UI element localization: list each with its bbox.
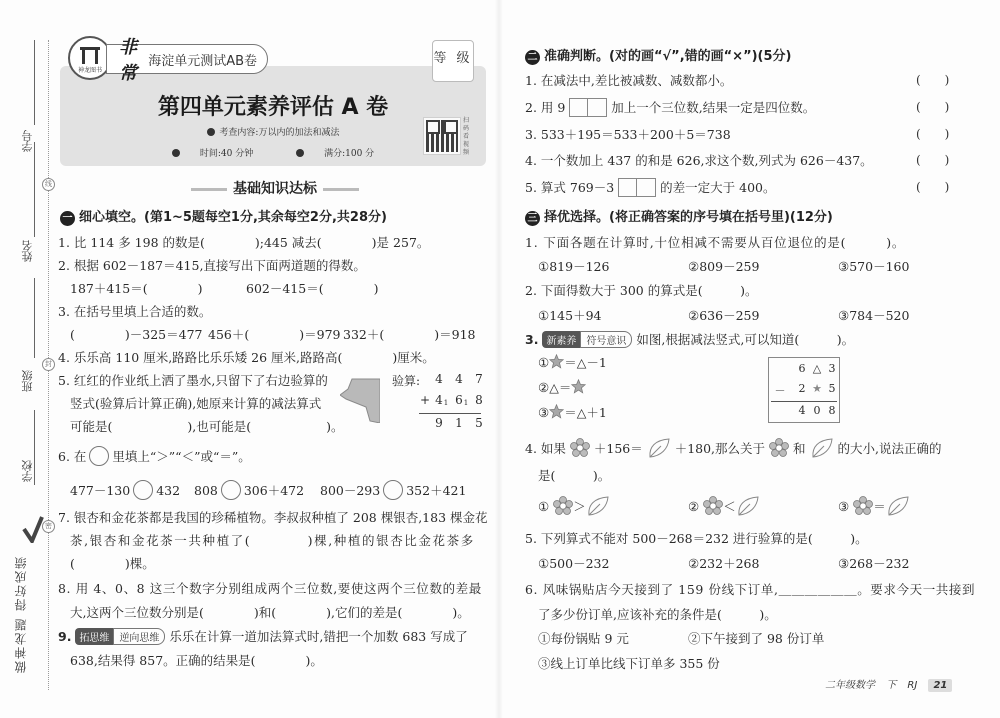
p1-q5-line3: 可能是( ),也可能是( )。 <box>70 417 343 435</box>
vertical-subtraction: 6 △ 3 － 2 ★ 5 4 0 8 <box>768 357 840 423</box>
judge-answer-4[interactable]: ( ) <box>916 151 949 168</box>
name-field[interactable] <box>34 142 35 237</box>
tag-symbol-sense: 符号意识 <box>580 331 632 348</box>
check-circle-icon <box>296 149 304 157</box>
volume: 下 <box>886 680 896 691</box>
p3-q1-opt3: ③570－160 <box>838 257 909 275</box>
p1-q9-line2: 638,结果得 857。正确的结果是( )。 <box>70 651 323 669</box>
p1-q6-item2: 808306＋472 <box>194 480 304 500</box>
p1-q2a: 187＋415＝( ) <box>70 279 202 297</box>
star-icon <box>549 354 564 369</box>
binding-strip: 学号 线 姓名 封 班级 学校 密 做神龙题 得好成绩 <box>0 30 55 700</box>
class-label: 班级 <box>20 370 36 392</box>
tag-new-literacy: 新素养 <box>542 331 580 348</box>
p3-q3-opt3: ③＝△＋1 <box>538 403 607 421</box>
series-name: 海淀单元测试AB卷 <box>148 50 257 69</box>
full-score: 满分:100 分 <box>286 149 384 159</box>
search-icon <box>207 128 215 136</box>
p3-q3: 3. 新素养符号意识 如图,根据减法竖式,可以知道( )。 <box>525 330 854 348</box>
flower-icon <box>570 438 590 458</box>
condition-blank[interactable]: ＿＿＿＿＿＿ <box>779 582 858 597</box>
seal-feng: 封 <box>42 358 55 371</box>
digit-box <box>588 98 607 117</box>
p3-q2-opt1: ①145＋94 <box>538 306 601 324</box>
p1-q7-line3: ( )棵。 <box>70 554 155 572</box>
ink-blot <box>340 377 380 423</box>
brand-script: 非常 <box>119 33 142 85</box>
grade-box[interactable]: 等 级 <box>432 40 474 82</box>
p3-q2: 2. 下面得数大于 300 的算式是( )。 <box>525 281 757 299</box>
time-limit: 时间:40 分钟 <box>162 149 263 159</box>
series-pill: 非常 海淀单元测试AB卷 <box>106 44 268 74</box>
verification-calc: 验算: 4 4 7 + 4 1 6 1 8 9 1 5 <box>392 372 484 437</box>
p3-q6-line1: 6. 风味锅贴店今天接到了 159 份线下订单,＿＿＿＿＿＿。要求今天一共接到 <box>525 580 975 598</box>
name-field-ext[interactable] <box>34 278 35 358</box>
leaf-icon <box>810 437 834 459</box>
part1-heading: 一细心填空。(第1~5题每空1分,其余每空2分,共28分) <box>60 206 387 226</box>
compare-answer-circle[interactable] <box>383 480 403 500</box>
p1-q6-item3: 800－293352＋421 <box>320 480 466 500</box>
worksheet-page: 学号 线 姓名 封 班级 学校 密 做神龙题 得好成绩 神龙图书 非常 海淀单元… <box>0 0 1000 718</box>
p1-q5-line2: 竖式(验算后计算正确),她原来计算的减法算式 <box>70 394 321 412</box>
judge-answer-2[interactable]: ( ) <box>916 98 949 115</box>
p1-q5-line1: 5. 红红的作业纸上洒了墨水,只留下了右边验算的 <box>58 371 328 389</box>
p3-q4-opt1: ① ＞ <box>538 495 610 517</box>
judge-answer-1[interactable]: ( ) <box>916 71 949 88</box>
p3-q5-opt2: ②232＋268 <box>688 554 759 572</box>
exam-scope: 考查内容:万以内的加法和减法 <box>60 125 486 138</box>
p3-q3-opt2: ②△＝ <box>538 378 586 396</box>
digit-box <box>618 178 637 197</box>
p1-q3a: ( )－325＝477 <box>70 325 202 343</box>
digit-box <box>637 178 656 197</box>
compare-circle <box>89 446 109 466</box>
qr-label: 扫码看视频 <box>463 117 471 157</box>
p3-q6-line2: 了多少份订单,应该补充的条件是( )。 <box>538 605 777 623</box>
section-divider: 基础知识达标 <box>170 178 380 198</box>
p1-q2b: 602－415＝( ) <box>246 279 378 297</box>
leaf-icon <box>647 437 671 459</box>
p3-q1: 1. 下面各题在计算时,十位相减不需要从百位退位的是( )。 <box>525 233 905 251</box>
leaf-icon <box>736 495 760 517</box>
compare-answer-circle[interactable] <box>133 480 153 500</box>
gate-icon <box>80 47 100 63</box>
p3-q3-opt1: ①＝△－1 <box>538 353 607 371</box>
p1-q8-line1: 8. 用 4、0、8 这三个数字分别组成两个三位数,要使这两个三位数的差最 <box>58 579 482 597</box>
p1-q8-line2: 大,这两个三位数分别是( )和( ),它们的差是( )。 <box>70 603 470 621</box>
p1-q9-line1: 9. 拓思维逆向思维 乐乐在计算一道加法算式时,错把一个加数 683 写成了 <box>58 627 468 645</box>
sum-rule <box>419 413 481 414</box>
difference-rule <box>771 401 837 402</box>
p1-q6: 6. 在里填上“＞”“＜”或“＝”。 <box>58 446 251 466</box>
p3-q1-opt2: ②809－259 <box>688 257 759 275</box>
p3-q6-opt1: ①每份锅贴 9 元 <box>538 629 629 647</box>
p2-item4: 4. 一个数加上 437 的和是 626,求这个数,列式为 626－437。 <box>525 151 873 169</box>
exam-meta: 时间:40 分钟 满分:100 分 <box>60 146 486 159</box>
divider-rule <box>191 188 227 191</box>
p3-q2-opt2: ②636－259 <box>688 306 759 324</box>
student-id-field[interactable] <box>34 40 35 125</box>
page-footer: 二年级数学 下 RJ 21 <box>825 676 960 692</box>
p3-q6-opt2: ②下午接到了 98 份订单 <box>688 629 824 647</box>
page-number: 21 <box>928 679 952 692</box>
page-title: 第四单元素养评估 A 卷 <box>60 90 486 121</box>
p1-q3: 3. 在括号里填上合适的数。 <box>58 302 211 320</box>
p3-q2-opt3: ③784－520 <box>838 306 909 324</box>
edition: RJ <box>907 680 917 691</box>
digit-box <box>569 98 588 117</box>
flower-icon <box>769 438 789 458</box>
clock-icon <box>172 149 180 157</box>
name-label: 姓名 <box>20 240 36 262</box>
p3-q4-line1: 4. 如果 ＋156＝ ＋180,那么关于 和 的大小,说法正确的 <box>525 437 941 459</box>
p1-q7-line2: 茶,银杏和金花茶一共种植了( )棵,种植的银杏比金花茶多 <box>70 531 475 549</box>
p2-item1: 1. 在减法中,差比被减数、减数都小。 <box>525 71 732 89</box>
flower-icon <box>853 496 873 516</box>
tag-expand-thinking: 拓思维 <box>75 628 113 645</box>
judge-answer-5[interactable]: ( ) <box>916 178 949 195</box>
judge-answer-3[interactable]: ( ) <box>916 125 949 142</box>
star-icon <box>549 404 564 419</box>
p3-q4-opt3: ③ ＝ <box>838 495 910 517</box>
flower-icon <box>703 496 723 516</box>
compare-answer-circle[interactable] <box>221 480 241 500</box>
seal-xian: 线 <box>42 178 55 191</box>
p3-q4-line2: 是( )。 <box>538 466 610 484</box>
brand-mark: 神龙图书 非常 海淀单元测试AB卷 <box>68 36 268 80</box>
p2-item5: 5. 算式 769－3 的差一定大于 400。 <box>525 178 776 197</box>
p3-q5-opt1: ①500－232 <box>538 554 609 572</box>
p3-q4-opt2: ② ＜ <box>688 495 760 517</box>
page-fold <box>495 0 503 718</box>
p1-q2: 2. 根据 602－187＝415,直接写出下面两道题的得数。 <box>58 256 366 274</box>
leaf-icon <box>586 495 610 517</box>
leaf-icon <box>886 495 910 517</box>
school-label: 学校 <box>20 460 36 482</box>
book-name: 二年级数学 <box>825 680 875 691</box>
tag-reverse-thinking: 逆向思维 <box>113 628 165 645</box>
p3-q5-opt3: ③268－232 <box>838 554 909 572</box>
p1-q3c: 332＋( )＝918 <box>343 325 475 343</box>
p3-q1-opt1: ①819－126 <box>538 257 609 275</box>
flower-icon <box>553 496 573 516</box>
p3-q5: 5. 下列算式不能对 500－268＝232 进行验算的是( )。 <box>525 529 868 547</box>
part2-heading: 二准确判断。(对的画“√”,错的画“×”)(5分) <box>525 45 792 65</box>
p1-q4: 4. 乐乐高 110 厘米,路路比乐乐矮 26 厘米,路路高( )厘米。 <box>58 348 435 366</box>
star-icon <box>571 379 586 394</box>
p3-q6-opt3: ③线上订单比线下订单多 355 份 <box>538 654 720 672</box>
checkmark-icon <box>22 515 44 543</box>
qr-code[interactable] <box>424 118 460 154</box>
slogan: 做神龙题 得好成绩 <box>12 555 29 673</box>
p1-q7-line1: 7. 银杏和金花茶都是我国的珍稀植物。李叔叔种植了 208 棵银杏,183 棵金… <box>58 508 488 526</box>
p2-item2: 2. 用 9 加上一个三位数,结果一定是四位数。 <box>525 98 815 117</box>
p1-q1: 1. 比 114 多 198 的数是( );445 减去( )是 257。 <box>58 233 429 251</box>
p1-q3b: 456＋( )＝979 <box>208 325 340 343</box>
p1-q6-item1: 477－130432 <box>70 480 180 500</box>
divider-rule <box>323 188 359 191</box>
part3-heading: 三择优选择。(将正确答案的序号填在括号里)(12分) <box>525 206 833 226</box>
p2-item3: 3. 533＋195＝533＋200＋5＝738 <box>525 125 731 143</box>
